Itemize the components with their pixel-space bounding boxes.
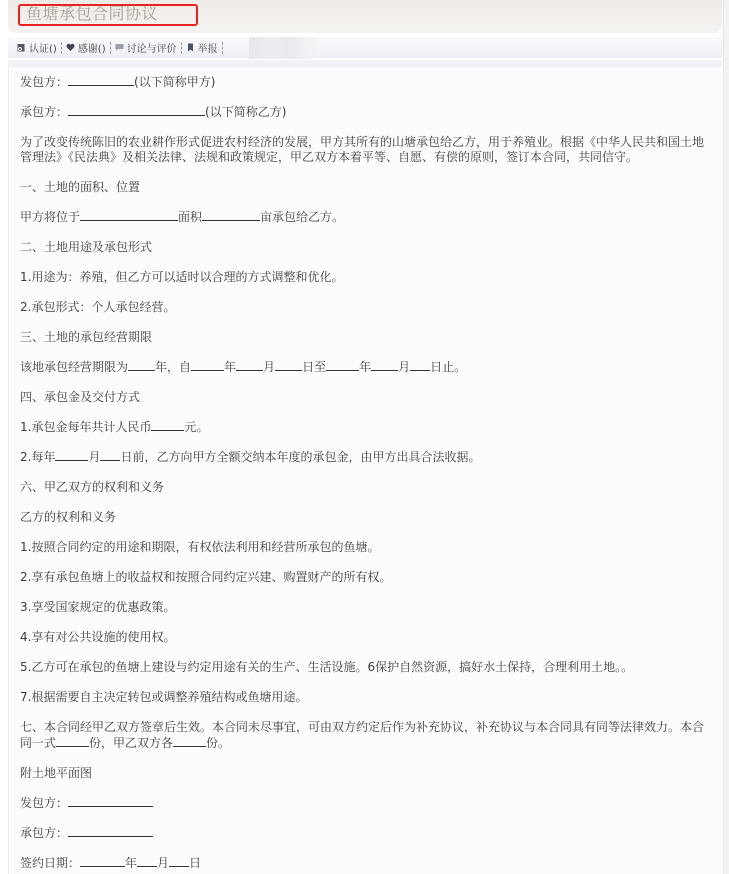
blurred-region <box>249 37 321 59</box>
blank-field <box>68 105 205 116</box>
document-header: 鱼塘承包合同协议 <box>8 0 722 33</box>
party-a-line: 发包方：(以下简称甲方) <box>20 75 215 90</box>
toolbar-divider <box>222 42 223 54</box>
blank-field <box>326 360 359 371</box>
blank-field <box>80 210 178 221</box>
blank-field <box>56 736 89 747</box>
section-7-line-2: 同一式份，甲乙双方各份。 <box>20 736 230 751</box>
document-body: 发包方：(以下简称甲方) 承包方：(以下简称乙方) 为了改变传统陈旧的农业耕作形… <box>8 67 722 874</box>
section-6-item-4: 4.享有对公共设施的使用权。 <box>20 630 175 645</box>
certify-label: 认证() <box>29 40 57 55</box>
toolbar-divider <box>181 42 182 54</box>
section-6-item-5: 5.乙方可在承包的鱼塘上建设与约定用途有关的生产、生活设施。6保护自然资源，搞好… <box>20 660 633 675</box>
blank-field <box>68 826 153 837</box>
section-4-item-1: 1.承包金每年共计人民币元。 <box>20 420 208 435</box>
signature-date: 签约日期：年月日 <box>20 856 201 871</box>
section-6-item-2: 2.享有承包鱼塘上的收益权和按照合同约定兴建、购置财产的所有权。 <box>20 570 391 585</box>
signature-party-a: 发包方： <box>20 796 153 811</box>
discuss-button[interactable]: 讨论与评价 <box>115 40 177 55</box>
document-toolbar: 认证() 感谢() 讨论与评价 举报 <box>8 37 722 58</box>
certify-button[interactable]: 认证() <box>17 40 57 55</box>
section-3-heading: 三、土地的承包经营期限 <box>20 330 152 345</box>
section-6-item-1: 1.按照合同约定的用途和期限，有权依法利用和经营所承包的鱼塘。 <box>20 540 379 555</box>
report-button[interactable]: 举报 <box>186 40 218 55</box>
blank-field <box>173 736 206 747</box>
section-6-item-3: 3.享受国家规定的优惠政策。 <box>20 600 175 615</box>
section-6-subheading: 乙方的权利和义务 <box>20 510 116 525</box>
section-6-item-7: 7.根据需要自主决定转包或调整养殖结构或鱼塘用途。 <box>20 690 307 705</box>
document-page: 鱼塘承包合同协议 认证() 感谢() 讨论与评价 举报 <box>0 0 729 874</box>
preamble-paragraph: 为了改变传统陈旧的农业耕作形式促进农村经济的发展，甲方其所有的山塘承包给乙方，用… <box>20 135 708 165</box>
page-scroll-rail[interactable] <box>723 0 729 874</box>
blank-field <box>169 856 189 867</box>
section-4-item-2: 2.每年月日前，乙方向甲方全额交纳本年度的承包金，由甲方出具合法收据。 <box>20 450 480 465</box>
blank-field <box>137 856 157 867</box>
discuss-label: 讨论与评价 <box>127 40 177 55</box>
section-4-heading: 四、承包金及交付方式 <box>20 390 140 405</box>
thanks-button[interactable]: 感谢() <box>66 40 106 55</box>
party-b-line: 承包方：(以下简称乙方) <box>20 105 286 120</box>
section-1-heading: 一、土地的面积、位置 <box>20 180 140 195</box>
section-2-item-1: 1.用途为：养殖，但乙方可以适时以合理的方式调整和优化。 <box>20 270 343 285</box>
blank-field <box>55 450 88 461</box>
signature-party-b: 承包方： <box>20 826 153 841</box>
attachment-note: 附土地平面图 <box>20 766 92 781</box>
section-6-heading: 六、甲乙双方的权利和义务 <box>20 480 164 495</box>
blank-field <box>128 360 155 371</box>
blank-field <box>236 360 263 371</box>
toolbar-divider <box>110 42 111 54</box>
blank-field <box>191 360 224 371</box>
blank-field <box>68 796 153 807</box>
blank-field <box>202 210 260 221</box>
document-title: 鱼塘承包合同协议 <box>26 3 158 25</box>
comment-icon <box>115 43 124 52</box>
section-2-item-2: 2.承包形式：个人承包经营。 <box>20 300 175 315</box>
blank-field <box>275 360 302 371</box>
blank-field <box>151 420 184 431</box>
section-2-heading: 二、土地用途及承包形式 <box>20 240 152 255</box>
toolbar-divider <box>61 42 62 54</box>
blank-field <box>371 360 398 371</box>
blank-field <box>100 450 120 461</box>
section-7-line-1: 七、本合同经甲乙双方签章后生效。本合同未尽事宜，可由双方约定后作为补充协议，补充… <box>20 720 704 735</box>
blank-field <box>80 856 125 867</box>
certify-icon <box>17 43 26 52</box>
section-1-text: 甲方将位于面积亩承包给乙方。 <box>20 210 344 225</box>
thanks-label: 感谢() <box>78 40 106 55</box>
blank-field <box>410 360 430 371</box>
report-label: 举报 <box>198 40 218 55</box>
toolbar-underline <box>8 60 722 67</box>
heart-icon <box>66 43 75 52</box>
blank-field <box>68 75 134 86</box>
bookmark-flag-icon <box>186 43 195 52</box>
section-3-text: 该地承包经营期限为年，自年月日至年月日止。 <box>20 360 466 375</box>
